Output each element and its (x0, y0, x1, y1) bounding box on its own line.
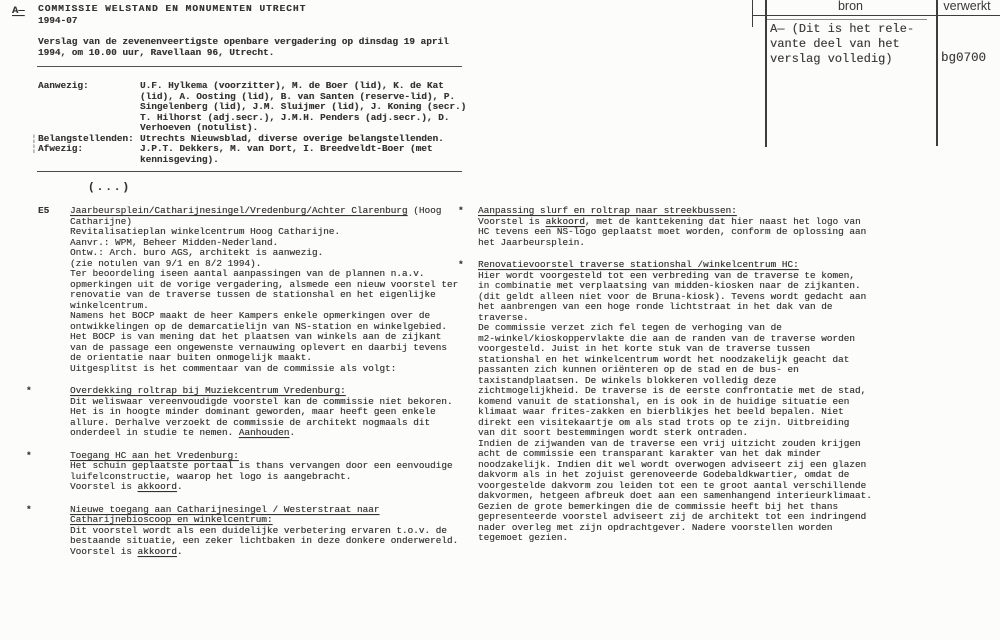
omission-mark: (...) (88, 183, 131, 194)
bullet-block: *Overdekking roltrap bij Muziekcentrum V… (70, 386, 470, 439)
section-code: E5 (38, 206, 49, 217)
text-line: in combinatie met verplaatsing van midde… (478, 281, 878, 292)
text-line: passanten zich kunnen oriënteren op de s… (478, 365, 878, 376)
divider-bottom (37, 171, 462, 172)
text-line: Voorstel is akkoord. (70, 547, 470, 558)
text-line: bestaande situatie, een zeker lichtbaken… (70, 536, 470, 547)
stamp-header-rule-2 (767, 19, 927, 20)
text-line: zichtmogelijkheid. De traverse is de eer… (478, 386, 878, 397)
left-text-column: E5Jaarbeursplein/Catharijnesingel/Vreden… (70, 206, 470, 569)
attendee-row-value: U.F. Hylkema (voorzitter), M. de Boer (l… (140, 81, 444, 92)
text-line: A— (Dit is het rele- (770, 22, 914, 37)
text-line: Het BOCP is van mening dat het plaatsen … (70, 332, 470, 343)
attendee-row-label: Afwezig: (38, 144, 83, 155)
bullet-asterisk: * (26, 386, 32, 397)
stamp-border-middle (936, 0, 938, 146)
bullet-block: *Nieuwe toegang aan Catharijnesingel / W… (70, 505, 470, 558)
text-line: Aanpassing slurf en roltrap naar streekb… (478, 206, 878, 217)
attendee-row-value: J.P.T. Dekkers, M. van Dort, I. Breedvel… (140, 144, 433, 155)
text-line: vante deel van het (770, 37, 914, 52)
meeting-intro: Verslag van de zevenenveertigste openbar… (38, 37, 449, 58)
stamp-column-verwerkt: verwerkt (934, 1, 1000, 12)
text-line: onderdeel in studie te nemen. Aanhouden. (70, 428, 470, 439)
text-line: verslag volledig) (770, 52, 914, 67)
text-line: het aanbrengen van een hoge ronde lichts… (478, 302, 878, 313)
text-line: van dit soort bestemmingen wordt sterk o… (478, 428, 878, 439)
section-block: E5Jaarbeursplein/Catharijnesingel/Vreden… (70, 206, 470, 374)
text-line: voorgesteld. Juist in het korte stuk van… (478, 344, 878, 355)
text-line: Ter beoordeling iseen aantal aanpassinge… (70, 269, 470, 280)
text-line: Namens het BOCP maakt de heer Kampers en… (70, 311, 470, 322)
stamp-code: bg0700 (941, 53, 986, 64)
text-line: De commissie verzet zich fel tegen de ve… (478, 323, 878, 334)
text-line: Het schuin geplaatste portaal is thans v… (70, 461, 470, 472)
bullet-asterisk: * (26, 451, 32, 462)
text-line: Het is in hoogte minder dominant geworde… (70, 407, 470, 418)
text-line: HC tevens een NS-logo geplaatst moet wor… (478, 227, 878, 238)
text-line: renovatie van de traverse tussen de stat… (70, 290, 470, 301)
stamp-border-stub (752, 0, 753, 27)
divider-top (37, 66, 462, 67)
attendee-row-value: Singelenberg (lid), J.M. Sluijmer (lid),… (140, 102, 466, 113)
text-line: het Jaarbeursplein. (478, 238, 878, 249)
right-text-column: *Aanpassing slurf en roltrap naar streek… (478, 206, 878, 556)
text-line: dakvormen, hetgeen afbreuk doet aan een … (478, 491, 878, 502)
bullet-block: *Renovatievoorstel traverse stationshal … (478, 260, 878, 544)
text-line: tegemoet gezien. (478, 533, 878, 544)
bullet-asterisk: * (458, 260, 464, 271)
report-number: 1994-07 (38, 16, 77, 27)
stamp-border-left (765, 0, 767, 147)
text-line: Revitalisatieplan winkelcentrum Hoog Cat… (70, 227, 470, 238)
text-line: Uitgesplitst is het commentaar van de co… (70, 364, 470, 375)
margin-tick: ¦ (31, 144, 37, 155)
attendee-row-value: kennisgeving). (140, 155, 219, 166)
scanned-document-page: A— COMMISSIE WELSTAND EN MONUMENTEN UTRE… (0, 0, 1000, 640)
margin-marker: A— (12, 6, 25, 17)
text-line: Voorstel is akkoord. (70, 482, 470, 493)
attendee-row-value: Verhoeven (notulist). (140, 123, 258, 134)
margin-marker-label: A— (12, 5, 25, 17)
text-line: Jaarbeursplein/Catharijnesingel/Vredenbu… (70, 206, 470, 217)
bullet-asterisk: * (26, 505, 32, 516)
stamp-column-bron: bron (765, 1, 936, 12)
text-line: 1994, om 10.00 uur, Ravellaan 96, Utrech… (38, 48, 449, 59)
bullet-block: *Aanpassing slurf en roltrap naar streek… (478, 206, 878, 248)
text-line: klimaat waar frites-zakken en bierblikje… (478, 407, 878, 418)
text-line: de orientatie naar buiten onmogelijk maa… (70, 353, 470, 364)
text-line: Verslag van de zevenenveertigste openbar… (38, 37, 449, 48)
bullet-asterisk: * (458, 206, 464, 217)
text-line: Ontw.: Arch. buro AGS, architekt is aanw… (70, 248, 470, 259)
stamp-header-rule (752, 15, 1000, 16)
text-line: Renovatievoorstel traverse stationshal /… (478, 260, 878, 271)
text-line: gepresenteerde voorstel adviseert zij de… (478, 512, 878, 523)
text-line: dakvorm als in het zojuist gerenoveerde … (478, 470, 878, 481)
text-line: Overdekking roltrap bij Muziekcentrum Vr… (70, 386, 470, 397)
attendee-row-label: Aanwezig: (38, 81, 89, 92)
text-line: acht de commissie een transparant karakt… (478, 449, 878, 460)
stamp-note: A— (Dit is het rele-vante deel van hetve… (770, 22, 914, 67)
committee-title: COMMISSIE WELSTAND EN MONUMENTEN UTRECHT (38, 4, 306, 15)
text-line: Catharijnebioscoop en winkelcentrum: (70, 515, 470, 526)
bullet-block: *Toegang HC aan het Vredenburg:Het schui… (70, 451, 470, 493)
